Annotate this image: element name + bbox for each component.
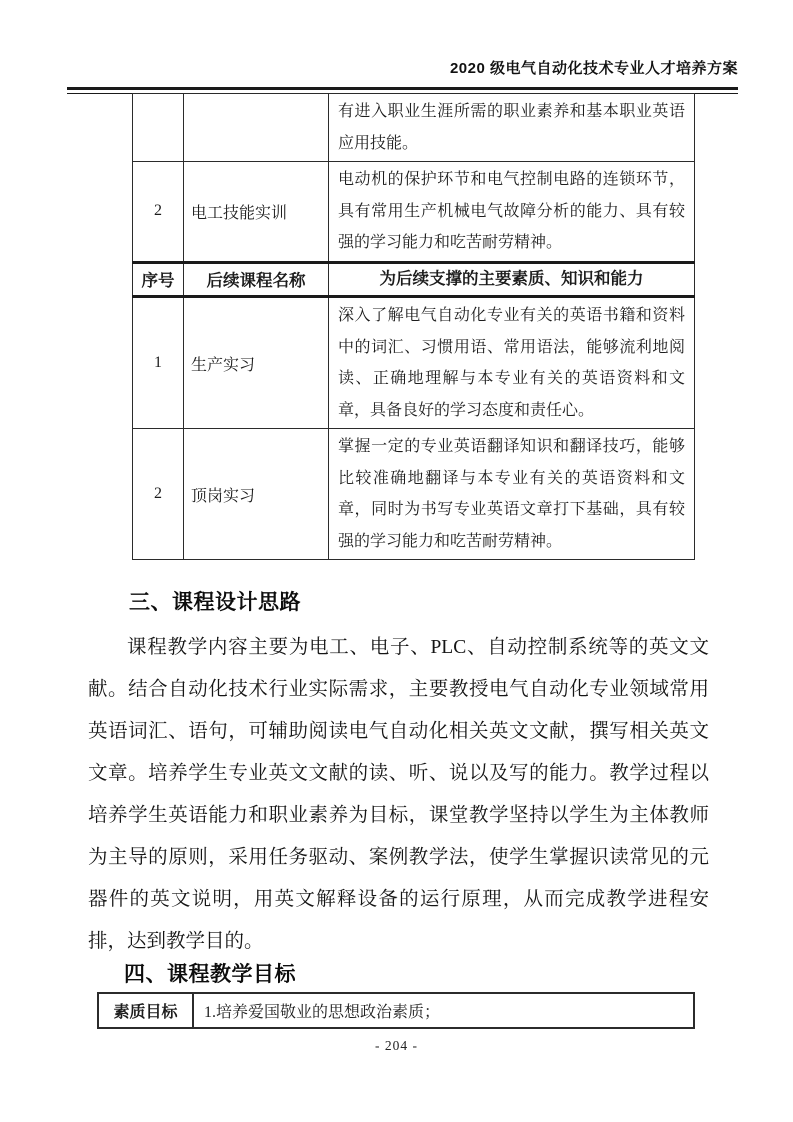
objective-label-cell: 素质目标	[98, 993, 193, 1028]
course-name-cell: 生产实习	[184, 297, 329, 429]
seq-cell	[133, 94, 184, 162]
table-row: 有进入职业生涯所需的职业素养和基本职业英语应用技能。	[133, 94, 695, 162]
column-header-name: 后续课程名称	[184, 262, 329, 297]
seq-cell: 2	[133, 429, 184, 560]
course-desc-cell: 有进入职业生涯所需的职业素养和基本职业英语应用技能。	[329, 94, 695, 162]
course-design-paragraph: 课程教学内容主要为电工、电子、PLC、自动控制系统等的英文文献。结合自动化技术行…	[88, 627, 709, 963]
course-desc-cell: 电动机的保护环节和电气控制电路的连锁环节，具有常用生产机械电气故障分析的能力、具…	[329, 162, 695, 263]
seq-cell: 1	[133, 297, 184, 429]
section-heading-course-design: 三、课程设计思路	[129, 586, 301, 616]
table-header-row: 序号 后续课程名称 为后续支撑的主要素质、知识和能力	[133, 262, 695, 297]
course-name-cell: 电工技能实训	[184, 162, 329, 263]
column-header-desc: 为后续支撑的主要素质、知识和能力	[329, 262, 695, 297]
course-desc-cell: 掌握一定的专业英语翻译知识和翻译技巧，能够比较准确地翻译与本专业有关的英语资料和…	[329, 429, 695, 560]
prerequisite-course-table: 有进入职业生涯所需的职业素养和基本职业英语应用技能。 2 电工技能实训 电动机的…	[132, 93, 695, 560]
column-header-no: 序号	[133, 262, 184, 297]
page-number: - 204 -	[0, 1038, 793, 1054]
table-row: 1 生产实习 深入了解电气自动化专业有关的英语书籍和资料中的词汇、习惯用语、常用…	[133, 297, 695, 429]
course-desc-cell: 深入了解电气自动化专业有关的英语书籍和资料中的词汇、习惯用语、常用语法，能够流利…	[329, 297, 695, 429]
table-row: 素质目标 1.培养爱国敬业的思想政治素质；	[98, 993, 694, 1028]
course-name-cell	[184, 94, 329, 162]
table-row: 2 顶岗实习 掌握一定的专业英语翻译知识和翻译技巧，能够比较准确地翻译与本专业有…	[133, 429, 695, 560]
document-page: 2020 级电气自动化技术专业人才培养方案 有进入职业生涯所需的职业素养和基本职…	[0, 0, 793, 1122]
course-name-cell: 顶岗实习	[184, 429, 329, 560]
section-heading-teaching-objectives: 四、课程教学目标	[124, 958, 296, 988]
seq-cell: 2	[133, 162, 184, 263]
objective-content-cell: 1.培养爱国敬业的思想政治素质；	[193, 993, 694, 1028]
page-header-title: 2020 级电气自动化技术专业人才培养方案	[450, 57, 738, 78]
teaching-objectives-table: 素质目标 1.培养爱国敬业的思想政治素质；	[97, 992, 695, 1029]
table-row: 2 电工技能实训 电动机的保护环节和电气控制电路的连锁环节，具有常用生产机械电气…	[133, 162, 695, 263]
